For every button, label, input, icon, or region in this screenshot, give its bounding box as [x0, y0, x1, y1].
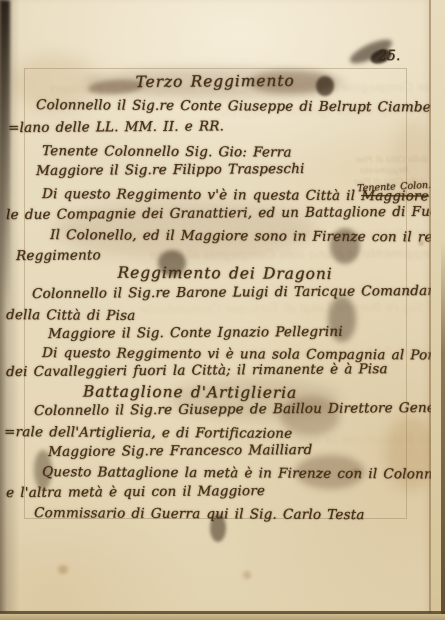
- manuscript-page: le due Compagnie dei Granattieri, ed un …: [0, 0, 433, 613]
- book-fore-edge: [441, 240, 445, 620]
- manuscript-scan: le due Compagnie dei Granattieri, ed un …: [0, 0, 445, 620]
- manuscript-line: Commissario di Guerra qui il Sig. Carlo …: [34, 505, 365, 523]
- manuscript-line: Reggimento: [16, 247, 101, 264]
- manuscript-line: Maggiore il Sig. Conte Ignazio Pellegrin…: [48, 324, 343, 342]
- stain: [243, 571, 251, 579]
- manuscript-line: Maggiore Sig.re Francesco Mailliard: [48, 442, 312, 460]
- manuscript-line: Questo Battaglione la metà è in Firenze …: [42, 464, 433, 483]
- book-bottom-pages: [0, 614, 445, 620]
- stain: [58, 565, 68, 574]
- manuscript-line: dei Cavalleggieri fuori la Città; il rim…: [6, 361, 388, 380]
- section-heading: Reggimento dei Dragoni: [20, 263, 430, 284]
- manuscript-line: Maggiore il Sig.re Filippo Traspeschi: [36, 161, 305, 179]
- manuscript-line: =rale dell'Artiglieria, e di Fortificazi…: [4, 424, 292, 442]
- manuscript-line: Colonnello il Sig.re Giuseppe de Baillou…: [34, 400, 433, 419]
- manuscript-line-with-correction: Di questo Reggimento v'è in questa Città…: [42, 186, 433, 205]
- manuscript-line: della Città di Pisa: [6, 307, 135, 324]
- manuscript-line: Tenente Colonnello Sig. Gio: Ferra: [42, 143, 292, 161]
- section-heading: Terzo Reggimento: [0, 71, 430, 92]
- page-number: 25.: [378, 48, 400, 64]
- manuscript-line: le due Compagnie dei Granattieri, ed un …: [6, 203, 433, 223]
- manuscript-line: Colonnello il Sig.re Barone Luigi di Tar…: [32, 283, 433, 302]
- struck-word-wrap: MaggioreTenente Colon.llo: [361, 188, 429, 204]
- manuscript-line: Colonnello il Sig.re Conte Giuseppe di B…: [36, 97, 433, 115]
- line-text: Di questo Reggimento v'è in questa Città…: [42, 186, 361, 204]
- manuscript-line: Il Colonello, ed il Maggiore sono in Fir…: [50, 227, 433, 246]
- manuscript-line: =lano delle LL. MM. II. e RR.: [8, 118, 224, 136]
- manuscript-line: e l'altra metà è qui con il Maggiore: [6, 483, 265, 501]
- section-heading: Battaglione d'Artiglieria: [0, 382, 380, 402]
- binding-gutter-dark-shadow: [0, 0, 10, 330]
